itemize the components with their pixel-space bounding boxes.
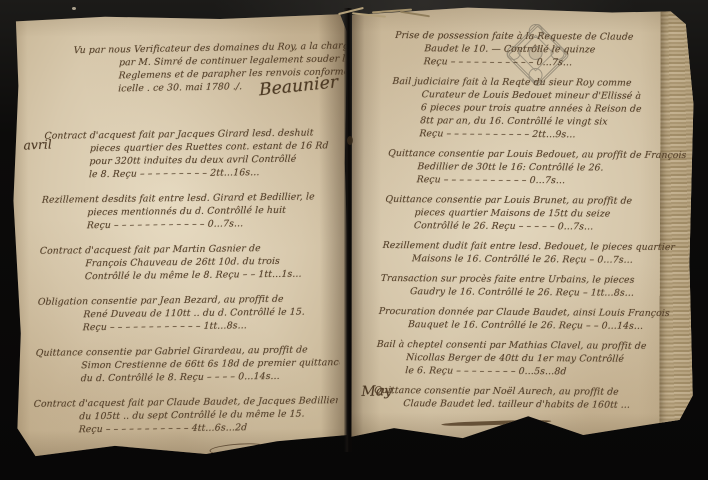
manuscript-line: Gaudry le 16. Contrôllé le 26. Reçu – 1t… — [410, 285, 683, 300]
verification-note: Vu par nous Verificateur des domaines du… — [72, 39, 346, 96]
register-entry-lines: Transaction sur procès faite entre Urbai… — [380, 272, 683, 300]
manuscript-line: du d. Contrôllé le 8. Reçu – – – – 0…14s… — [80, 369, 339, 385]
register-entry: Contract d'acquest fait par Martin Gasni… — [39, 241, 345, 284]
register-entry: Contract d'acquest fait par Jacques Gira… — [43, 126, 349, 182]
register-entry-lines: Quittance consentie par Gabriel Girardea… — [34, 343, 340, 386]
left-page-entries: Contract d'acquest fait par Jacques Gira… — [32, 126, 349, 449]
manuscript-line: Reçu – – – – – – – – – – – 4tt…6s…2d — [78, 420, 337, 436]
register-entry: Rezillement dudit fait entre lesd. Bedou… — [382, 239, 685, 267]
archival-photo-background: Vu par nous Verificateur des domaines du… — [0, 0, 708, 480]
register-entry: Bail judiciaire fait à la Reqte du sieur… — [389, 75, 695, 142]
register-entry-lines: Contract d'acquest fait par Claude Baude… — [32, 394, 338, 437]
manuscript-line: Reçu – – – – – – – – – – – – 1tt…8s… — [83, 318, 342, 334]
manuscript-line: Reçu – – – – – – – – – – – 0…7s… — [416, 173, 689, 188]
manuscript-line: Reçu – – – – – – – – – – – 2tt…9s… — [419, 127, 692, 142]
register-entry: Rezillement desdits fait entre lesd. Gir… — [41, 190, 347, 233]
right-page: May Prise de possession faite à la Reque… — [349, 5, 695, 448]
register-entry-lines: Quittance consentie par Louis Brunet, au… — [384, 193, 688, 234]
end-flourish-stroke — [441, 419, 551, 426]
register-entry: Procuration donnée par Claude Baudet, ai… — [378, 305, 681, 333]
manuscript-line: Contrôllé le du même le 8. Reçu – – 1tt…… — [85, 267, 344, 283]
register-entry: Prise de possession faite à la Requeste … — [393, 29, 697, 70]
register-entry-lines: Bail judiciaire fait à la Reqte du sieur… — [389, 75, 695, 142]
register-entry: Bail à cheptel consenti par Mathias Clav… — [375, 338, 679, 379]
end-flourish-line — [281, 444, 347, 448]
manuscript-line: Contrôllé le 26. Reçu – – – – – 0…7s… — [414, 219, 687, 234]
right-page-entries: Prise de possession faite à la Requeste … — [373, 29, 698, 419]
manuscript-line: Reçu – – – – – – – – – – – 0…7s… — [423, 55, 696, 70]
register-entry: Contract d'acquest fait par Claude Baude… — [32, 394, 338, 437]
register-entry-lines: Prise de possession faite à la Requeste … — [393, 29, 697, 70]
verifier-signature: Beaunier — [259, 76, 339, 97]
register-entry-lines: Procuration donnée par Claude Baudet, ai… — [378, 305, 681, 333]
manuscript-line: Maisons le 16. Contrôllé le 26. Reçu – 0… — [412, 252, 685, 267]
register-entry: Transaction sur procès faite entre Urbai… — [380, 272, 683, 300]
register-entry-lines: Quittance consentie par Noël Aurech, au … — [373, 384, 676, 412]
register-entry-lines: Rezillement dudit fait entre lesd. Bedou… — [382, 239, 685, 267]
register-entry-lines: Quittance consentie par Louis Bedouet, a… — [386, 147, 690, 188]
register-entry: Quittance consentie par Gabriel Girardea… — [34, 343, 340, 386]
register-entry-lines: Rezillement desdits fait entre lesd. Gir… — [41, 190, 347, 233]
book-gutter — [344, 8, 352, 452]
register-entry: Obligation consentie par Jean Bezard, au… — [37, 292, 343, 335]
register-entry-lines: Contract d'acquest fait par Jacques Gira… — [43, 126, 349, 182]
register-entry-lines: Bail à cheptel consenti par Mathias Clav… — [375, 338, 679, 379]
manuscript-line: Reçu – – – – – – – – – – – – 0…7s… — [87, 216, 346, 232]
register-entry: Quittance consentie par Louis Bedouet, a… — [386, 147, 690, 188]
manuscript-line: Bauquet le 16. Contrôllé le 26. Reçu – –… — [408, 318, 681, 333]
manuscript-line: le 6. Reçu – – – – – – – – 0…5s…8d — [405, 364, 678, 379]
register-entry-lines: Obligation consentie par Jean Bezard, au… — [37, 292, 343, 335]
ink-blot — [347, 136, 353, 145]
register-entry-lines: Contract d'acquest fait par Martin Gasni… — [39, 241, 345, 284]
manuscript-line: Claude Baudet led. tailleur d'habits de … — [403, 397, 676, 412]
manuscript-line: le 8. Reçu – – – – – – – – – 2tt…16s… — [89, 165, 348, 181]
left-page: Vu par nous Verificateur des domaines du… — [10, 13, 351, 457]
register-entry: Quittance consentie par Louis Brunet, au… — [384, 193, 688, 234]
dust-speck — [72, 7, 76, 10]
register-entry: Quittance consentie par Noël Aurech, au … — [373, 384, 676, 412]
